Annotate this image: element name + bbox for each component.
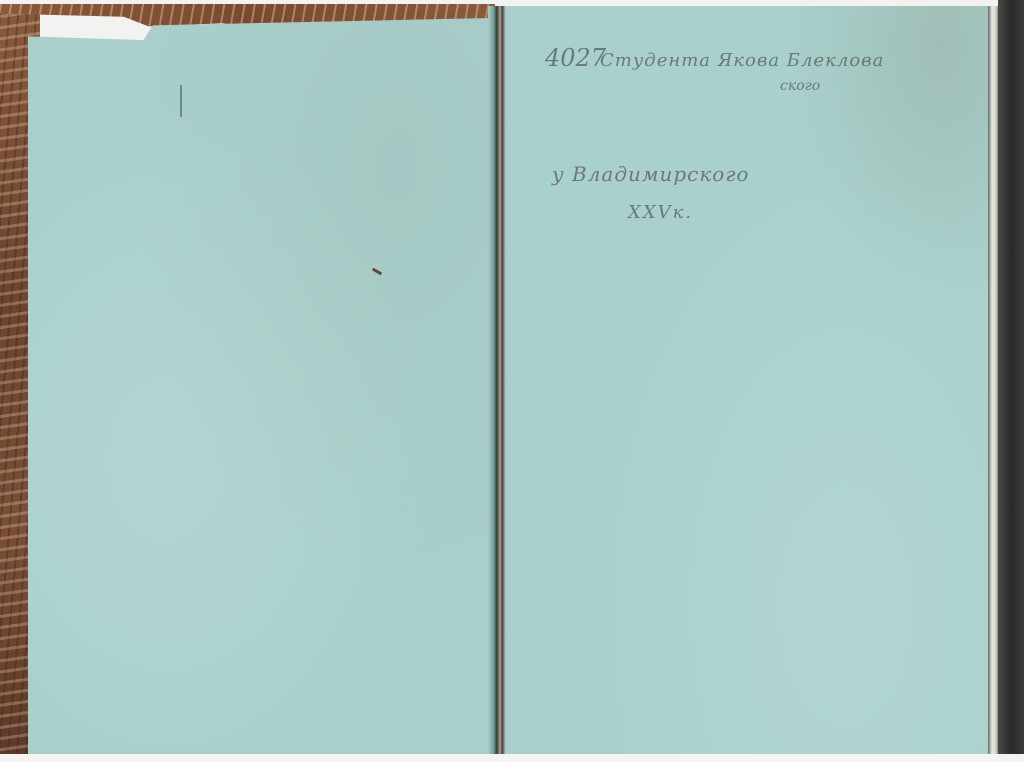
dark-backdrop	[998, 0, 1024, 756]
scan-margin	[0, 754, 1024, 762]
left-endpaper	[28, 18, 490, 754]
inscription-shelf-number: 4027	[545, 44, 606, 72]
right-endpaper	[508, 6, 990, 756]
inscription-roman-numeral: XXVк.	[628, 202, 693, 223]
book-gutter	[488, 6, 510, 756]
book-photo: 4027 Студента Якова Блеклова ского у Вла…	[0, 0, 1024, 756]
inscription-owner-suffix: ского	[780, 78, 820, 94]
pencil-mark	[180, 85, 182, 117]
inscription-location-line: у Владимирского	[552, 162, 749, 186]
inscription-owner-line: Студента Якова Блеклова	[600, 50, 884, 71]
page-block-edge	[988, 6, 998, 756]
